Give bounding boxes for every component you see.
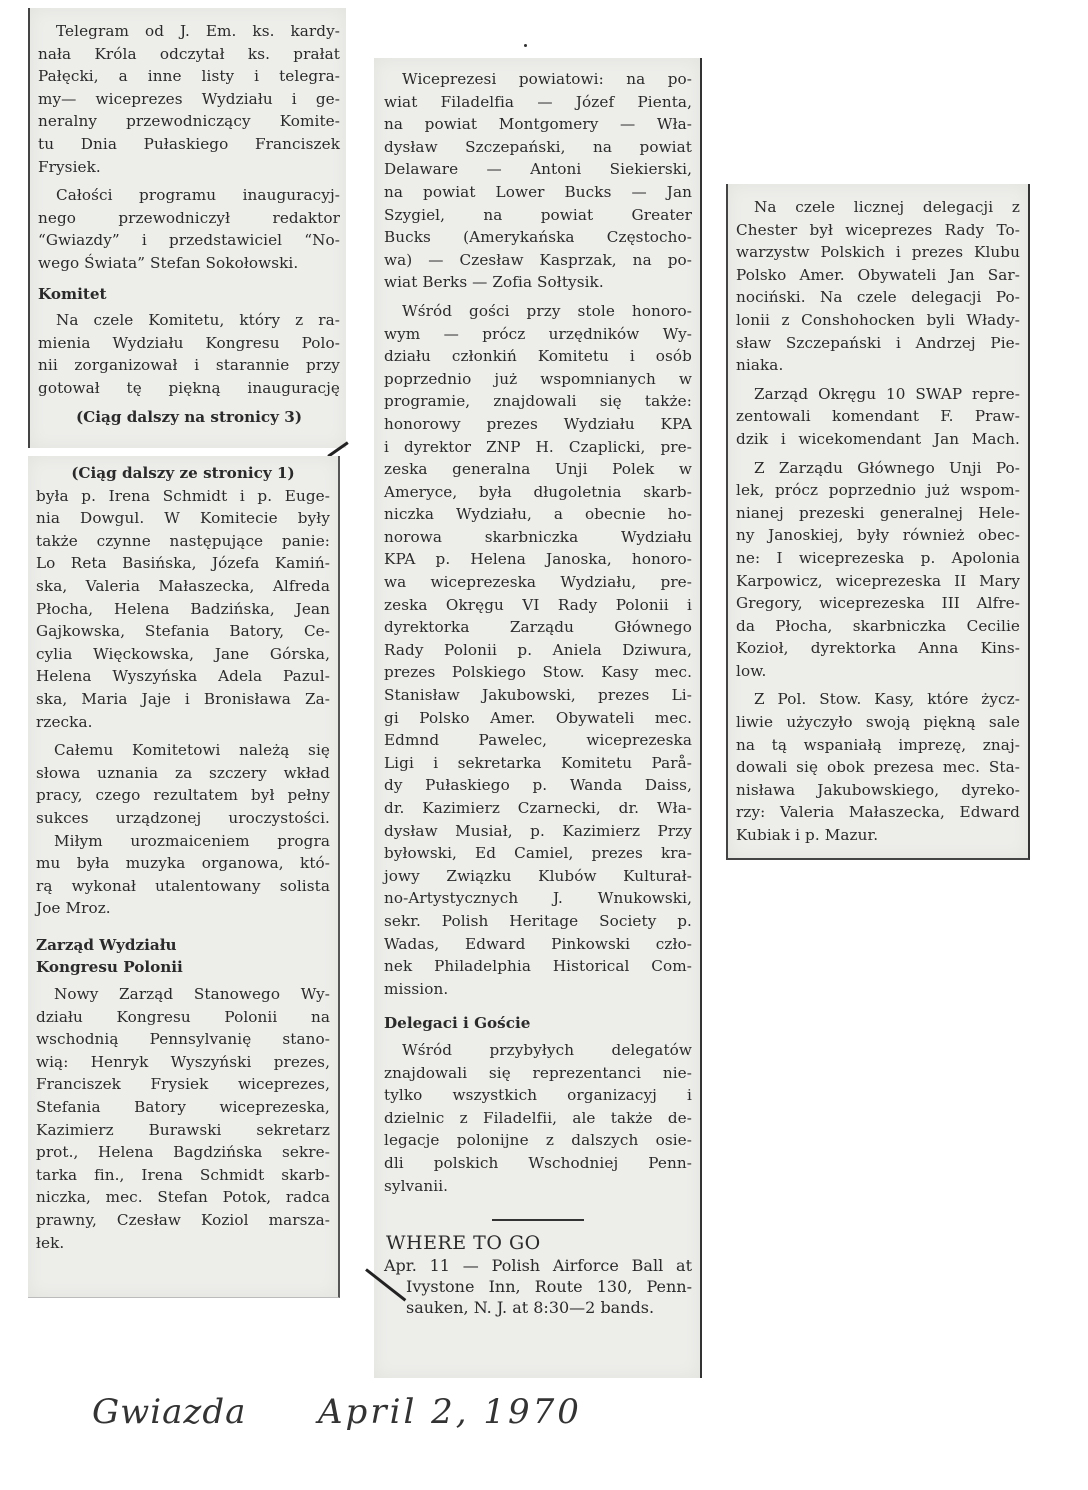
text-line: Lo Reta Basińska, Józefa Kamiń- bbox=[36, 552, 330, 575]
text-line: Na czele licznej delegacji z bbox=[736, 196, 1020, 219]
paragraph-honor-guests: Wśród gości przy stole honoro-wym — próc… bbox=[384, 300, 692, 1000]
text-line: nek Philadelphia Historical Com- bbox=[384, 955, 692, 978]
text-line: nego przewodniczył redaktor bbox=[38, 207, 340, 230]
text-line: ska, Maria Jaje i Bronisława Za- bbox=[36, 688, 330, 711]
text-line: prawny, Czesław Koziol marsza- bbox=[36, 1209, 330, 1232]
text-line: dli polskich Wschodniej Penn- bbox=[384, 1152, 692, 1175]
text-line: lonii z Conshohocken byli Włady- bbox=[736, 309, 1020, 332]
text-line: ny Janoskiej, były również obec- bbox=[736, 524, 1020, 547]
text-line: Wiceprezesi powiatowi: na po- bbox=[384, 68, 692, 91]
text-line: Miłym urozmaiceniem progra bbox=[36, 830, 330, 853]
text-line: Gregory, wiceprezeska III Alfre- bbox=[736, 592, 1020, 615]
text-line: tu Dnia Pułaskiego Franciszek bbox=[38, 133, 340, 156]
text-line: low. bbox=[736, 660, 1020, 683]
text-line: Kazimierz Burawski sekretarz bbox=[36, 1119, 330, 1142]
handwritten-date: April 2, 1970 bbox=[318, 1392, 582, 1432]
text-line: Całemu Komitetowi należą się bbox=[36, 739, 330, 762]
text-line: niaka. bbox=[736, 354, 1020, 377]
text-line: Pałęcki, a inne listy i telegra- bbox=[38, 65, 340, 88]
text-line: zentowali komendant F. Praw- bbox=[736, 405, 1020, 428]
paragraph-chester: Na czele licznej delegacji zChester był … bbox=[736, 196, 1020, 377]
text-line: wschodnią Pennsylvanię stano- bbox=[36, 1028, 330, 1051]
heading-delegaci: Delegaci i Goście bbox=[384, 1012, 692, 1035]
text-line: sław Szczepański i Andrzej Pie- bbox=[736, 332, 1020, 355]
text-line: Zarząd Okręgu 10 SWAP repre- bbox=[736, 383, 1020, 406]
text-line: łek. bbox=[36, 1232, 330, 1255]
text-line: pracy, czego rezultatem był pełny bbox=[36, 784, 330, 807]
text-line: sekr. Polish Heritage Society p. bbox=[384, 910, 692, 933]
text-line: wiat Berks — Zofia Sołtysik. bbox=[384, 271, 692, 294]
text-line: i dyrektor ZNP H. Czaplicki, pre- bbox=[384, 436, 692, 459]
continued-to-note: (Ciąg dalszy na stronicy 3) bbox=[38, 406, 340, 429]
clipping-delegations: Na czele licznej delegacji zChester był … bbox=[726, 184, 1030, 860]
text-line: KPA p. Helena Janoska, honoro- bbox=[384, 548, 692, 571]
text-line: dysław Szczepański, na powiat bbox=[384, 136, 692, 159]
text-line: Polsko Amer. Obywateli Jan Sar- bbox=[736, 264, 1020, 287]
where-to-go-title: WHERE TO GO bbox=[386, 1231, 692, 1255]
paragraph-unja-polek: Z Zarządu Głównego Unji Po-lek, prócz po… bbox=[736, 457, 1020, 683]
text-line: lek, prócz poprzednio już wspom- bbox=[736, 479, 1020, 502]
text-line: honorowy prezes Wydziału KPA bbox=[384, 413, 692, 436]
text-line: Chester był wiceprezes Rady To- bbox=[736, 219, 1020, 242]
text-line: prezes Polskiego Stow. Kasy mec. bbox=[384, 661, 692, 684]
text-line: Gajkowska, Stefania Batory, Ce- bbox=[36, 620, 330, 643]
paragraph-komitet: Na czele Komitetu, który z ra-mienia Wyd… bbox=[38, 309, 340, 399]
text-line: Wśród przybyłych delegatów bbox=[384, 1039, 692, 1062]
text-line: Wadas, Edward Pinkowski czło- bbox=[384, 933, 692, 956]
handwritten-publication: Gwiazda bbox=[92, 1392, 246, 1432]
text-line: na powiat Montgomery — Wła- bbox=[384, 113, 692, 136]
text-line: dowali się obok prezesa mec. Sta- bbox=[736, 756, 1020, 779]
text-line: Z Zarządu Głównego Unji Po- bbox=[736, 457, 1020, 480]
text-line: rzecka. bbox=[36, 711, 330, 734]
text-line: dy Pułaskiego p. Wanda Daiss, bbox=[384, 774, 692, 797]
text-line: dzielnic z Filadelfii, ale także de- bbox=[384, 1107, 692, 1130]
text-line: prot., Helena Bagdzińska sekre- bbox=[36, 1141, 330, 1164]
text-line: dysław Musiał, p. Kazimierz Przy bbox=[384, 820, 692, 843]
text-line: wa wiceprezeska Wydziału, pre- bbox=[384, 571, 692, 594]
text-line: Helena Wyszyńska Adela Pazul- bbox=[36, 665, 330, 688]
text-line: niczka Wydziału, a obecnie ho- bbox=[384, 503, 692, 526]
text-line: byłowski, Ed Camiel, prezes kra- bbox=[384, 842, 692, 865]
text-line: norowa skarbniczka Wydziału bbox=[384, 526, 692, 549]
text-line: mu była muzyka organowa, któ- bbox=[36, 852, 330, 875]
text-line: Całości programu inauguracyj- bbox=[38, 184, 340, 207]
text-line: sauken, N. J. at 8:30—2 bands. bbox=[384, 1297, 692, 1318]
paragraph-delegates: Wśród przybyłych delegatówznajdowali się… bbox=[384, 1039, 692, 1197]
text-line: nisława Jakubowskiego, dyreko- bbox=[736, 779, 1020, 802]
text-line: działu Kongresu Polonii na bbox=[36, 1006, 330, 1029]
paragraph-stow-kasy: Z Pol. Stow. Kasy, które życz-liwie użyc… bbox=[736, 688, 1020, 846]
text-line: ne: I wiceprezeska p. Apolonia bbox=[736, 547, 1020, 570]
text-line: nała Króla odczytał ks. prałat bbox=[38, 43, 340, 66]
text-line: my— wiceprezes Wydziału i ge- bbox=[38, 88, 340, 111]
text-line: Ligi i sekretarka Komitetu Parå- bbox=[384, 752, 692, 775]
paragraph-thanks: Całemu Komitetowi należą sięsłowa uznani… bbox=[36, 739, 330, 829]
text-line: Płocha, Helena Badzińska, Jean bbox=[36, 598, 330, 621]
text-line: znajdowali się reprezentanci nie- bbox=[384, 1062, 692, 1085]
text-line: Kubiak i p. Mazur. bbox=[736, 824, 1020, 847]
text-line: ska, Valeria Małaszecka, Alfreda bbox=[36, 575, 330, 598]
text-line: neralny przewodniczący Komite- bbox=[38, 110, 340, 133]
text-line: Franciszek Frysiek wiceprezes, bbox=[36, 1073, 330, 1096]
paragraph-committee-members: była p. Irena Schmidt i p. Euge-nia Dowg… bbox=[36, 485, 330, 734]
text-line: dr. Kazimierz Czarnecki, dr. Wła- bbox=[384, 797, 692, 820]
text-line: wią: Henryk Wyszyński prezes, bbox=[36, 1051, 330, 1074]
text-line: Rady Polonii p. Aniela Dziwura, bbox=[384, 639, 692, 662]
text-line: na tą wspaniałą imprezę, znaj- bbox=[736, 734, 1020, 757]
text-line: sukces urządzonej uroczystości. bbox=[36, 807, 330, 830]
text-line: wiat Filadelfia — Józef Pienta, bbox=[384, 91, 692, 114]
text-line: Delaware — Antoni Siekierski, bbox=[384, 158, 692, 181]
text-line: Ameryce, była długoletnia skarb- bbox=[384, 481, 692, 504]
text-line: Nowy Zarząd Stanowego Wy- bbox=[36, 983, 330, 1006]
divider-rule bbox=[492, 1219, 584, 1221]
text-line: wego Świata” Stefan Sokołowski. bbox=[38, 252, 340, 275]
text-line: tylko wszystkich organizacyj i bbox=[384, 1084, 692, 1107]
text-line: jowy Związku Klubów Kulturał- bbox=[384, 865, 692, 888]
text-line: poprzednio już wspomnianych w bbox=[384, 368, 692, 391]
text-line: legacje polonijne z dalszych osie- bbox=[384, 1129, 692, 1152]
text-line: mienia Wydziału Kongresu Polo- bbox=[38, 332, 340, 355]
text-line: Bucks (Amerykańska Częstocho- bbox=[384, 226, 692, 249]
text-line: Apr. 11 — Polish Airforce Ball at bbox=[384, 1255, 692, 1276]
text-line: da Płocha, skarbniczka Cecilie bbox=[736, 615, 1020, 638]
text-line: rzy: Valeria Małaszecka, Edward bbox=[736, 801, 1020, 824]
text-line: niczka, mec. Stefan Potok, radca bbox=[36, 1186, 330, 1209]
text-line: gi Polsko Amer. Obywateli mec. bbox=[384, 707, 692, 730]
text-line: no-Artystycznych J. Wnukowski, bbox=[384, 887, 692, 910]
heading-zarzad-line2: Kongresu Polonii bbox=[36, 956, 330, 979]
text-line: słowa uznania za szczery wkład bbox=[36, 762, 330, 785]
heading-komitet: Komitet bbox=[38, 283, 340, 306]
text-line: rą wykonał utalentowany solista bbox=[36, 875, 330, 898]
text-line: zeska generalna Unji Polek w bbox=[384, 458, 692, 481]
text-line: programie, znajdowali się także: bbox=[384, 390, 692, 413]
text-line: tarka fin., Irena Schmidt skarb- bbox=[36, 1164, 330, 1187]
text-line: dzik i wicekomendant Jan Mach. bbox=[736, 428, 1020, 451]
text-line: Kozioł, dyrektorka Anna Kins- bbox=[736, 637, 1020, 660]
text-line: Telegram od J. Em. ks. kardy- bbox=[38, 20, 340, 43]
text-line: Ivystone Inn, Route 130, Penn- bbox=[384, 1276, 692, 1297]
paragraph-music: Miłym urozmaiceniem programu była muzyka… bbox=[36, 830, 330, 920]
paragraph-vice-presidents: Wiceprezesi powiatowi: na po-wiat Filade… bbox=[384, 68, 692, 294]
continued-from-note: (Ciąg dalszy ze stronicy 1) bbox=[36, 462, 330, 485]
heading-zarzad: Zarząd Wydziału Kongresu Polonii bbox=[36, 934, 330, 979]
text-line: nii zorganizował i starannie przy bbox=[38, 354, 340, 377]
text-line: była p. Irena Schmidt i p. Euge- bbox=[36, 485, 330, 508]
text-line: także czynne następujące panie: bbox=[36, 530, 330, 553]
text-line: Joe Mroz. bbox=[36, 897, 330, 920]
text-line: Stefania Batory wiceprezeska, bbox=[36, 1096, 330, 1119]
clipping-continued-komitet: (Ciąg dalszy ze stronicy 1) była p. Iren… bbox=[28, 456, 340, 1298]
clipping-telegram-komitet: Telegram od J. Em. ks. kardy-nała Króla … bbox=[28, 8, 346, 448]
text-line: Z Pol. Stow. Kasy, które życz- bbox=[736, 688, 1020, 711]
text-line: mission. bbox=[384, 978, 692, 1001]
text-line: warzystw Polskich i prezes Klubu bbox=[736, 241, 1020, 264]
text-line: Edmnd Pawelec, wiceprezeska bbox=[384, 729, 692, 752]
text-line: Frysiek. bbox=[38, 156, 340, 179]
clipping-vice-presidents-guests: Wiceprezesi powiatowi: na po-wiat Filade… bbox=[374, 58, 702, 1378]
text-line: Karpowicz, wiceprezeska II Mary bbox=[736, 570, 1020, 593]
text-line: wa) — Czesław Kasprzak, na po- bbox=[384, 249, 692, 272]
text-line: wym — prócz urzędników Wy- bbox=[384, 323, 692, 346]
text-line: Stanisław Jakubowski, prezes Li- bbox=[384, 684, 692, 707]
text-line: Na czele Komitetu, który z ra- bbox=[38, 309, 340, 332]
paragraph-board: Nowy Zarząd Stanowego Wy-działu Kongresu… bbox=[36, 983, 330, 1254]
text-line: liwie użyczyło swoją piękną sale bbox=[736, 711, 1020, 734]
text-line: Szygiel, na powiat Greater bbox=[384, 204, 692, 227]
text-line: nia Dowgul. W Komitecie były bbox=[36, 507, 330, 530]
text-line: działu członkiń Komitetu i osób bbox=[384, 345, 692, 368]
text-line: “Gwiazdy” i przedstawiciel “No- bbox=[38, 229, 340, 252]
speck bbox=[524, 44, 527, 47]
text-line: nianej prezeski generalnej Hele- bbox=[736, 502, 1020, 525]
text-line: gotował tę piękną inaugurację bbox=[38, 377, 340, 400]
text-line: na powiat Lower Bucks — Jan bbox=[384, 181, 692, 204]
text-line: Wśród gości przy stole honoro- bbox=[384, 300, 692, 323]
paragraph-program: Całości programu inauguracyj-nego przewo… bbox=[38, 184, 340, 274]
where-to-go-text: Apr. 11 — Polish Airforce Ball atIvyston… bbox=[384, 1255, 692, 1318]
paragraph-telegram: Telegram od J. Em. ks. kardy-nała Króla … bbox=[38, 20, 340, 178]
text-line: zeska Okręgu VI Rady Polonii i bbox=[384, 594, 692, 617]
text-line: nociński. Na czele delegacji Po- bbox=[736, 286, 1020, 309]
heading-zarzad-line1: Zarząd Wydziału bbox=[36, 934, 330, 957]
text-line: sylvanii. bbox=[384, 1175, 692, 1198]
text-line: cylia Więckowska, Jane Górska, bbox=[36, 643, 330, 666]
paragraph-swap: Zarząd Okręgu 10 SWAP repre-zentowali ko… bbox=[736, 383, 1020, 451]
text-line: dyrektorka Zarządu Głównego bbox=[384, 616, 692, 639]
